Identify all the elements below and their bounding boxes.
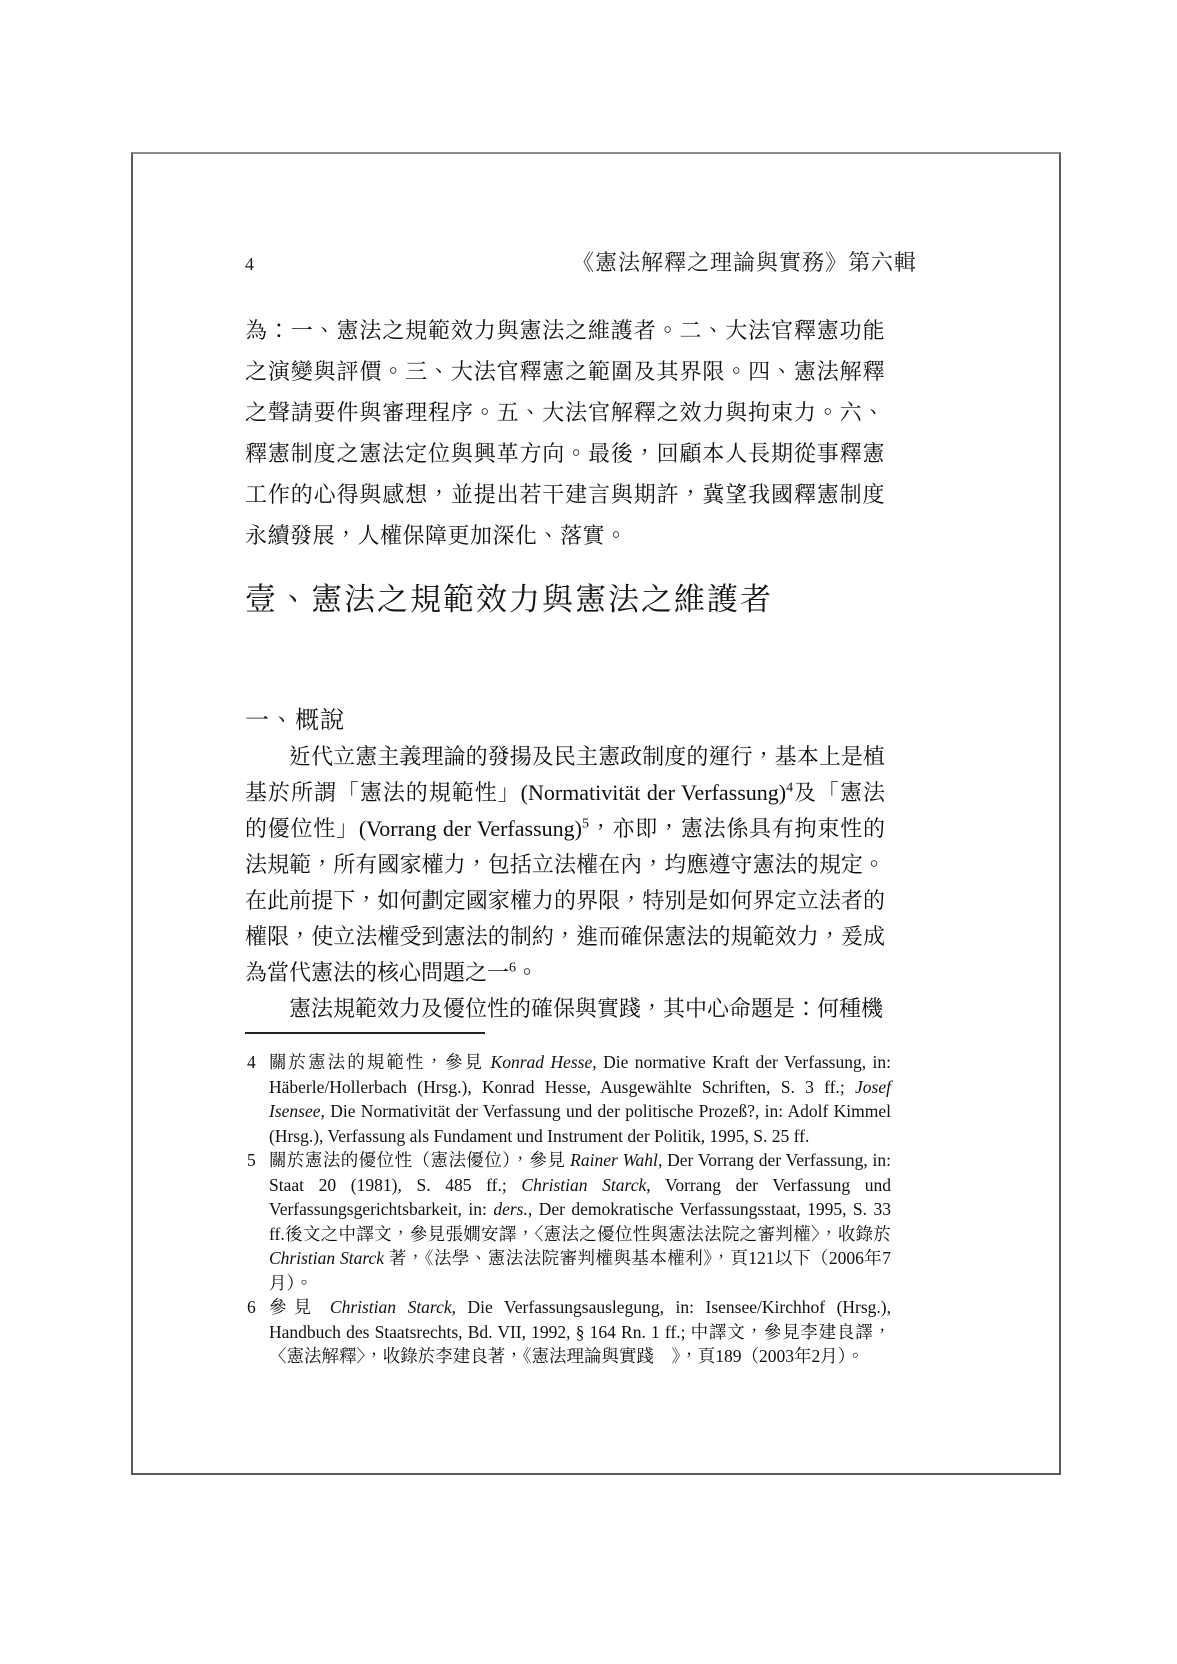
- author-name: Christian Starck: [269, 1248, 384, 1268]
- page-border-frame: 4 《憲法解釋之理論與實務》第六輯 為：一、憲法之規範效力與憲法之維護者。二、大…: [131, 152, 1061, 1475]
- body-paragraph-continued: 憲法規範效力及優位性的確保與實踐，其中心命題是：何種機: [245, 991, 885, 1027]
- body-paragraph: 近代立憲主義理論的發揚及民主憲政制度的運行，基本上是植基於所謂「憲法的規範性」(…: [245, 739, 885, 991]
- footnote-separator-rule: [245, 1032, 485, 1034]
- page-number: 4: [245, 254, 254, 275]
- footnote-number: 5: [247, 1148, 256, 1173]
- footnote-4: 4 關於憲法的規範性，參見 Konrad Hesse, Die normativ…: [241, 1050, 891, 1148]
- footnote-6: 6 參見 Christian Starck, Die Verfassungsau…: [241, 1295, 891, 1369]
- footnote-text-segment: 關於憲法的規範性，參見: [269, 1052, 491, 1072]
- author-name: Christian Starck: [330, 1297, 452, 1317]
- footnote-5: 5 關於憲法的優位性（憲法優位），參見 Rainer Wahl, Der Vor…: [241, 1148, 891, 1295]
- footnote-text-segment: 參見: [269, 1297, 330, 1317]
- scanned-book-page: 4 《憲法解釋之理論與實務》第六輯 為：一、憲法之規範效力與憲法之維護者。二、大…: [0, 0, 1177, 1664]
- body-text-segment: 。: [516, 960, 538, 985]
- german-term-normativitaet: (Normativität der Verfassung): [521, 780, 786, 805]
- intro-paragraph: 為：一、憲法之規範效力與憲法之維護者。二、大法官釋憲功能之演變與評價。三、大法官…: [245, 310, 885, 556]
- book-title: 《憲法解釋之理論與實務》第六輯: [572, 246, 917, 277]
- body-text-block: 近代立憲主義理論的發揚及民主憲政制度的運行，基本上是植基於所謂「憲法的規範性」(…: [245, 739, 885, 1027]
- subsection-heading: 一、概說: [245, 700, 645, 735]
- author-name: Rainer Wahl: [570, 1150, 658, 1170]
- author-name: Christian Starck: [521, 1175, 646, 1195]
- section-heading: 壹、憲法之規範效力與憲法之維護者: [245, 574, 905, 619]
- footnote-number: 6: [247, 1295, 256, 1320]
- footnote-ref-5: 5: [582, 817, 589, 832]
- abbrev-ders: ders.: [493, 1199, 528, 1219]
- footnote-number: 4: [247, 1050, 256, 1075]
- footnote-text-segment: , Die Normativität der Verfassung und de…: [269, 1101, 891, 1146]
- body-text-segment: ，亦即，憲法係具有拘束性的法規範，所有國家權力，包括立法權在內，均應遵守憲法的規…: [245, 816, 885, 985]
- footnote-text-segment: 關於憲法的優位性（憲法優位），參見: [269, 1150, 570, 1170]
- footnote-ref-6: 6: [509, 961, 516, 976]
- running-header: 4 《憲法解釋之理論與實務》第六輯: [245, 246, 917, 277]
- footnotes-section: 4 關於憲法的規範性，參見 Konrad Hesse, Die normativ…: [241, 1050, 891, 1369]
- german-term-vorrang: (Vorrang der Verfassung): [359, 816, 582, 841]
- footnote-text-segment: 後文之中譯文，參見張嫺安譯，〈憲法之優位性與憲法法院之審判權〉，收錄於: [285, 1224, 891, 1244]
- author-name: Konrad Hesse: [491, 1052, 593, 1072]
